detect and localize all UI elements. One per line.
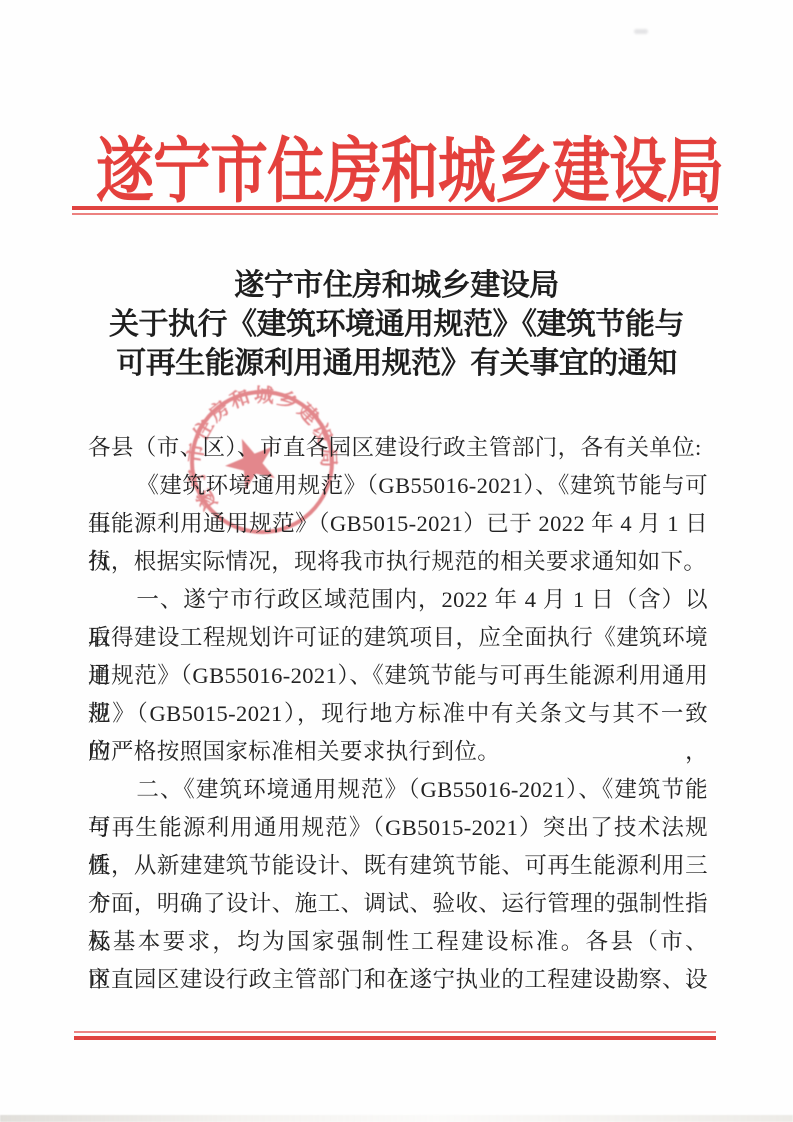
body-text-line: 一、遂宁市行政区域范围内，2022 年 4 月 1 日（含）以后 bbox=[88, 581, 708, 619]
body-text-line: 二、《建筑环境通用规范》（GB55016-2021）、《建筑节能与 bbox=[88, 771, 708, 809]
header-divider bbox=[72, 206, 718, 215]
body-text-line: 生能源利用通用规范》（GB5015-2021）已于 2022 年 4 月 1 日… bbox=[88, 505, 708, 543]
footer-divider bbox=[74, 1031, 716, 1040]
body-text-line: 范》（GB5015-2021），现行地方标准中有关条文与其不一致的， bbox=[88, 695, 708, 733]
document-title: 遂宁市住房和城乡建设局关于执行《建筑环境通用规范》《建筑节能与可再生能源利用通用… bbox=[0, 266, 793, 383]
title-line: 关于执行《建筑环境通用规范》《建筑节能与 bbox=[0, 305, 793, 344]
document-page: 遂宁市住房和城乡建设局 遂宁市住房和城乡建设局关于执行《建筑环境通用规范》《建筑… bbox=[0, 0, 793, 1122]
title-line: 遂宁市住房和城乡建设局 bbox=[0, 266, 793, 305]
divider-thin-line bbox=[72, 213, 718, 215]
body-text-line: 市直园区建设行政主管部门和在遂宁执业的工程建设勘察、设 bbox=[88, 961, 708, 999]
divider-thick-line bbox=[74, 1036, 716, 1040]
body-text-line: 可再生能源利用通用规范》（GB5015-2021）突出了技术法规性 bbox=[88, 809, 708, 847]
body-text-line: 《建筑环境通用规范》（GB55016-2021）、《建筑节能与可再 bbox=[88, 467, 708, 505]
scan-edge-shadow bbox=[0, 1115, 793, 1122]
body-text-line: 行，根据实际情况，现将我市执行规范的相关要求通知如下。 bbox=[88, 543, 708, 581]
body-text-line: 质，从新建建筑节能设计、既有建筑节能、可再生能源利用三个 bbox=[88, 847, 708, 885]
body-text-line: 方面，明确了设计、施工、调试、验收、运行管理的强制性指标 bbox=[88, 885, 708, 923]
body-text-line: 各县（市、区）、市直各园区建设行政主管部门，各有关单位: bbox=[88, 429, 708, 467]
scan-artifact bbox=[634, 29, 648, 34]
body-text-line: 取得建设工程规划许可证的建筑项目，应全面执行《建筑环境通 bbox=[88, 619, 708, 657]
document-body: 各县（市、区）、市直各园区建设行政主管部门，各有关单位:《建筑环境通用规范》（G… bbox=[88, 429, 708, 999]
title-line: 可再生能源利用通用规范》有关事宜的通知 bbox=[0, 344, 793, 383]
masthead-org-name: 遂宁市住房和城乡建设局 bbox=[13, 114, 793, 216]
body-text-line: 及基本要求，均为国家强制性工程建设标准。各县（市、区）、 bbox=[88, 923, 708, 961]
body-text-line: 用规范》（GB55016-2021）、《建筑节能与可再生能源利用通用规 bbox=[88, 657, 708, 695]
